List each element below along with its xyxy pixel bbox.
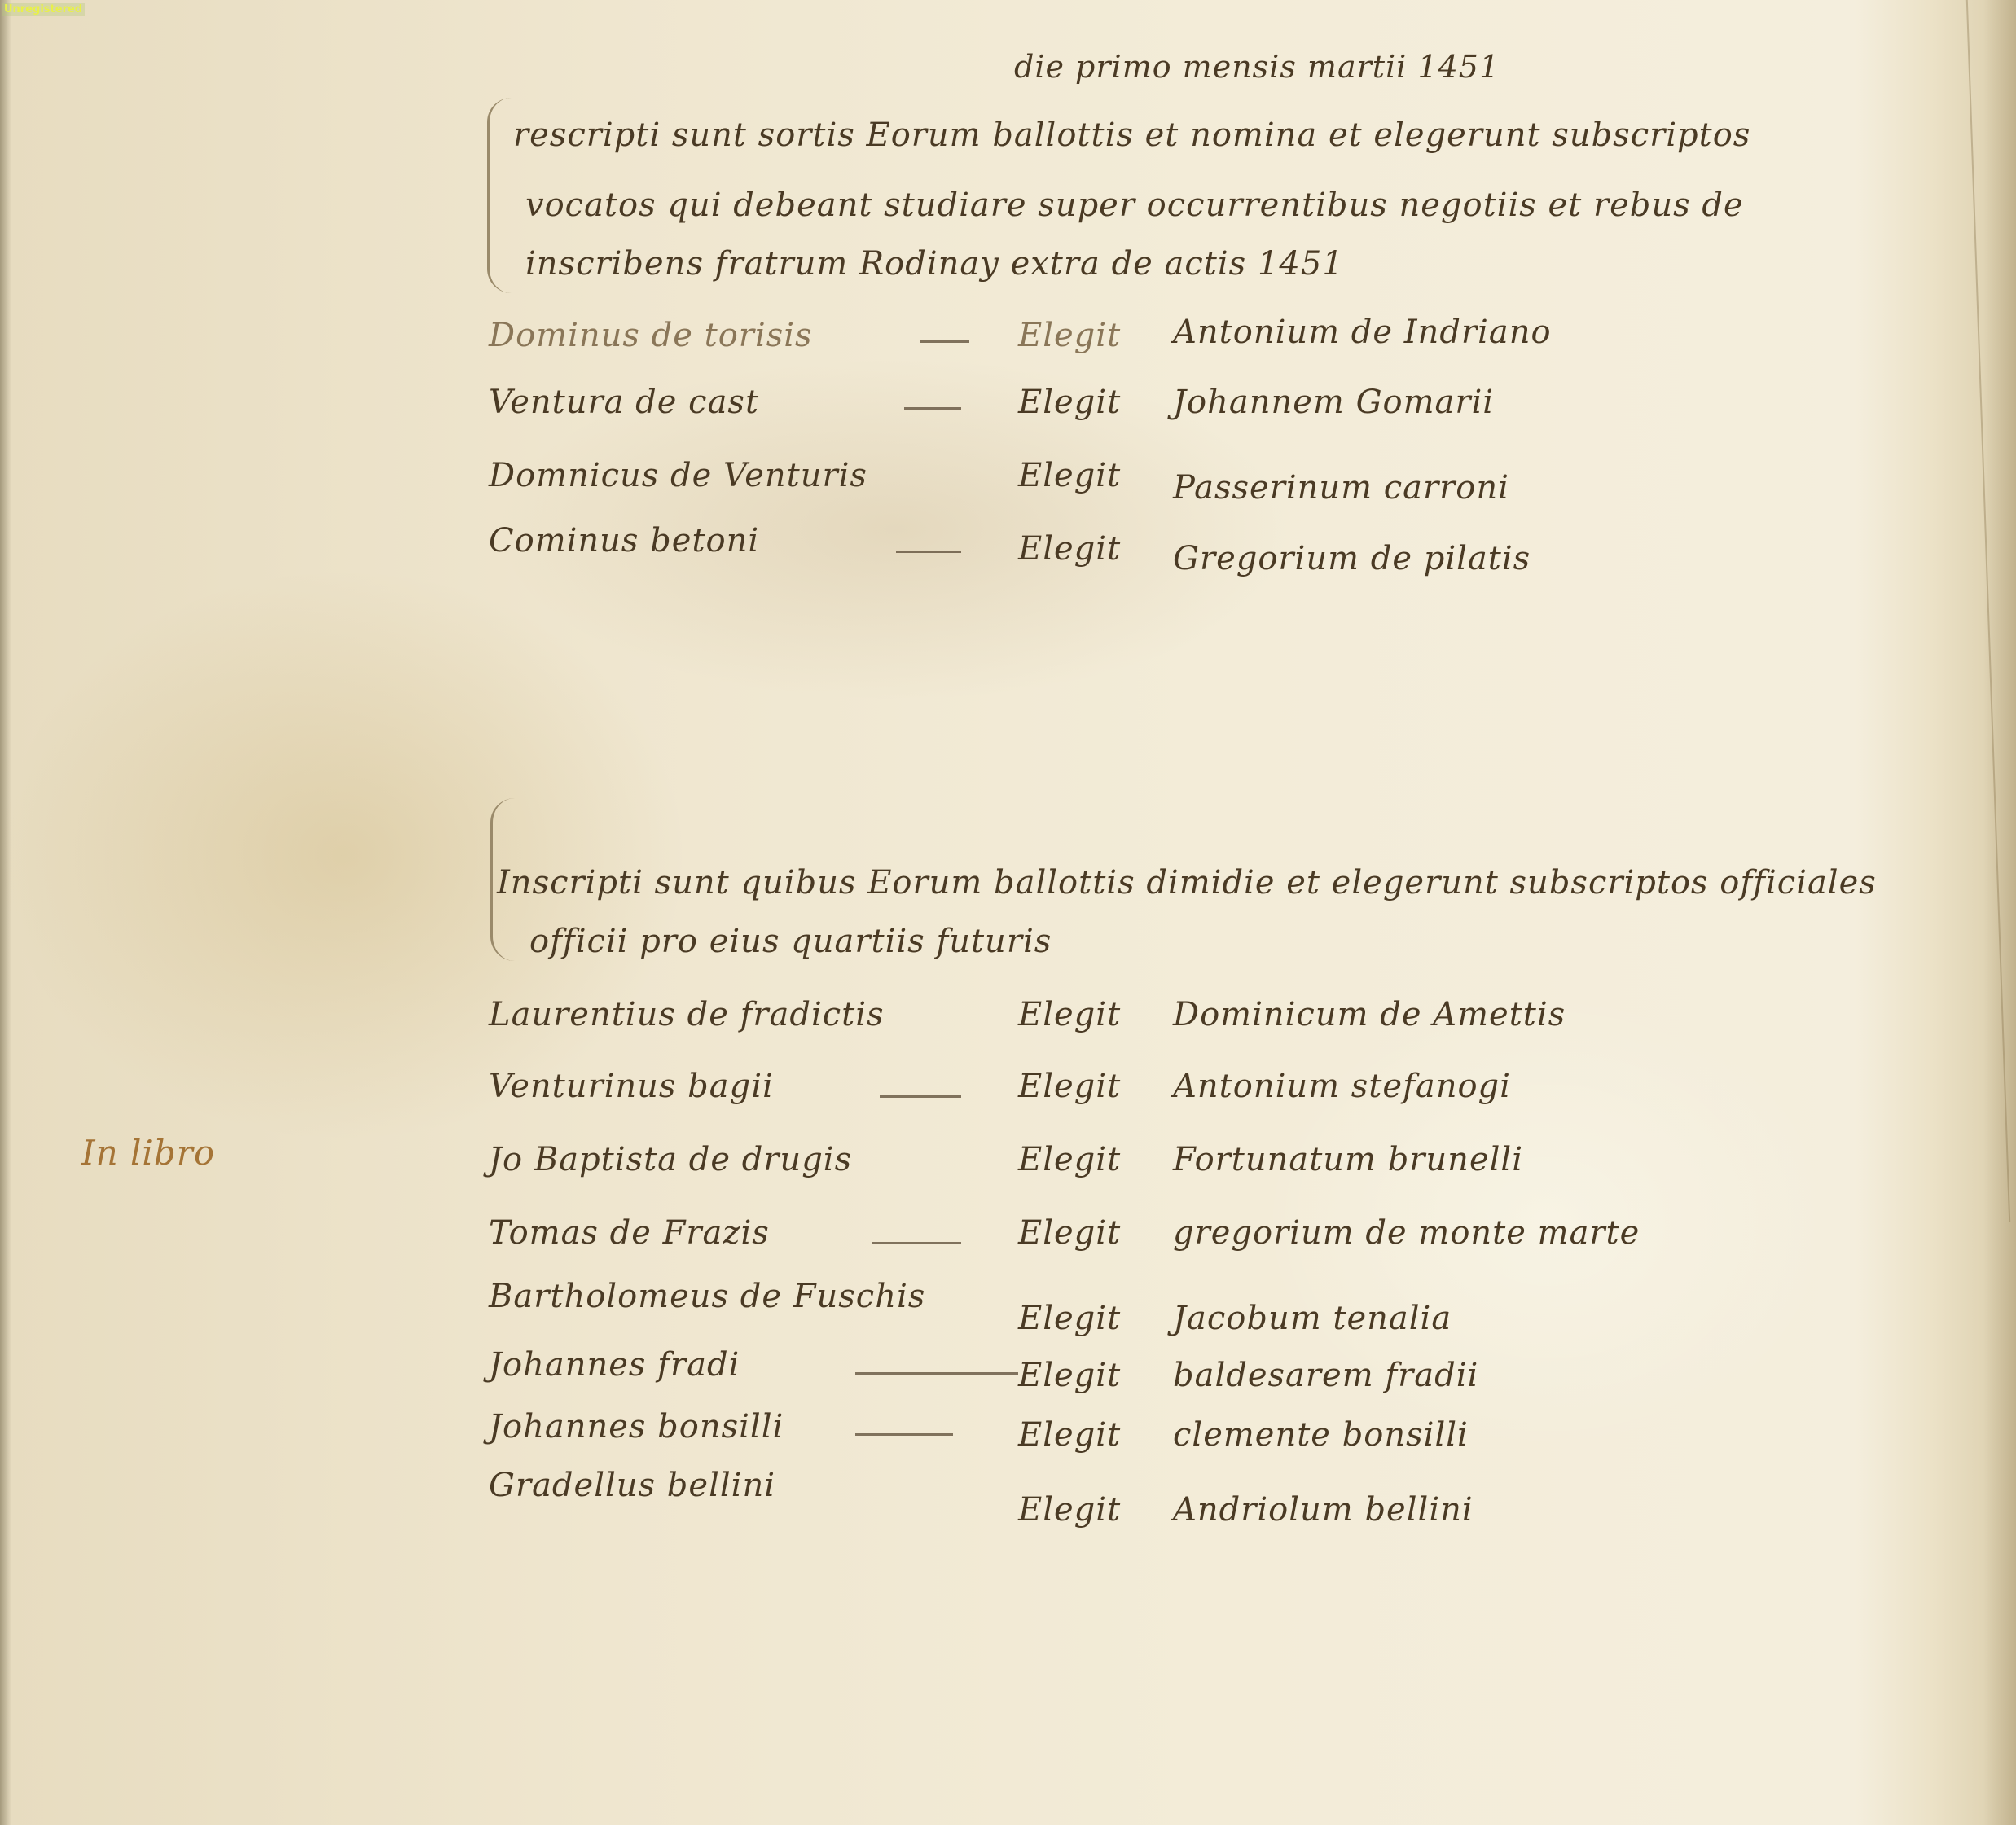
section2-elector: Venturinus bagii <box>489 1067 774 1106</box>
section1-elected: Gregorium de pilatis <box>1173 539 1531 578</box>
unregistered-watermark: Unregistered <box>2 3 85 16</box>
section2-elected: Dominicum de Amettis <box>1173 995 1566 1034</box>
section2-elected: clemente bonsilli <box>1173 1415 1469 1454</box>
section1-verb: Elegit <box>1018 529 1121 568</box>
section1-elector: Dominus de torisis <box>489 316 813 355</box>
section1-elected: Johannem Gomarii <box>1173 383 1494 422</box>
section2-verb: Elegit <box>1018 1299 1121 1338</box>
section2-verb: Elegit <box>1018 1213 1121 1252</box>
section2-elected: baldesarem fradii <box>1173 1356 1478 1395</box>
section1-verb: Elegit <box>1018 316 1121 355</box>
section2-verb: Elegit <box>1018 1140 1121 1179</box>
section2-elected: Antonium stefanogi <box>1173 1067 1511 1106</box>
section1-elector: Ventura de cast <box>489 383 759 422</box>
section2-verb: Elegit <box>1018 1490 1121 1529</box>
section2-intro-line: officii pro eius quartiis futuris <box>529 922 1052 961</box>
section2-verb: Elegit <box>1018 1067 1121 1106</box>
leader-dash <box>904 407 961 410</box>
section1-elected: Antonium de Indriano <box>1173 313 1552 352</box>
leader-dash <box>896 551 961 553</box>
leader-dash <box>872 1242 961 1244</box>
section1-intro-line: vocatos qui debeant studiare super occur… <box>525 186 1744 225</box>
section1-elected: Passerinum carroni <box>1173 468 1509 507</box>
section2-intro-line: Inscripti sunt quibus Eorum ballottis di… <box>497 863 1877 902</box>
section2-elector: Laurentius de fradictis <box>489 995 885 1034</box>
leader-dash <box>855 1372 1018 1375</box>
section2-elected: Fortunatum brunelli <box>1173 1140 1523 1179</box>
section1-verb: Elegit <box>1018 383 1121 422</box>
section2-elector: Johannes fradi <box>489 1345 740 1384</box>
section1-intro-line: rescripti sunt sortis Eorum ballottis et… <box>513 116 1750 155</box>
section1-elector: Domnicus de Venturis <box>489 456 867 495</box>
manuscript-page: Unregistered die primo mensis martii 145… <box>0 0 2016 1825</box>
leader-dash <box>880 1095 961 1098</box>
section1-elector: Cominus betoni <box>489 521 759 560</box>
section2-verb: Elegit <box>1018 1356 1121 1395</box>
section2-elected: gregorium de monte marte <box>1173 1213 1640 1252</box>
page-edge <box>1983 0 2016 1825</box>
section2-verb: Elegit <box>1018 995 1121 1034</box>
section2-elected: Jacobum tenalia <box>1173 1299 1452 1338</box>
section2-elector: Jo Baptista de drugis <box>489 1140 852 1179</box>
leader-dash <box>855 1433 953 1436</box>
section1-verb: Elegit <box>1018 456 1121 495</box>
margin-note: In libro <box>81 1134 215 1173</box>
section2-elector: Gradellus bellini <box>489 1466 775 1505</box>
section1-intro-line: inscribens fratrum Rodinay extra de acti… <box>525 244 1344 283</box>
page-heading: die primo mensis martii 1451 <box>1014 47 1500 86</box>
section1-bracket <box>487 98 514 293</box>
section2-elector: Johannes bonsilli <box>489 1407 784 1446</box>
binding-shadow <box>0 0 11 1825</box>
section2-elected: Andriolum bellini <box>1173 1490 1474 1529</box>
section2-verb: Elegit <box>1018 1415 1121 1454</box>
section2-elector: Tomas de Frazis <box>489 1213 770 1252</box>
leader-dash <box>920 340 969 343</box>
section2-elector: Bartholomeus de Fuschis <box>489 1277 925 1316</box>
